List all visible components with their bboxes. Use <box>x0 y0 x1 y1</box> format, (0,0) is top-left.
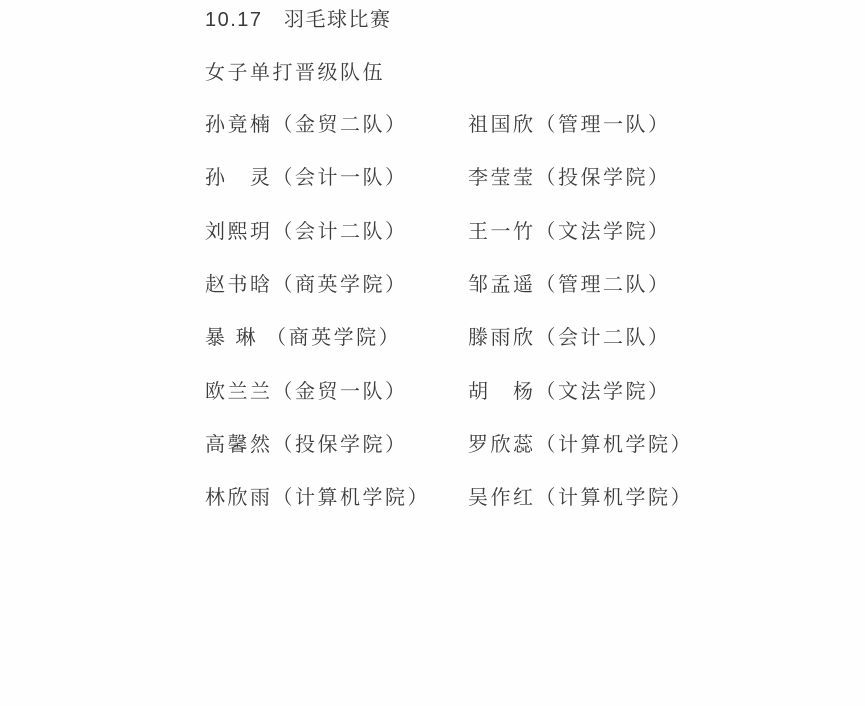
entry-name-left: 孙 灵（会计一队） <box>205 166 408 190</box>
entry-name-left: 孙竟楠（金贸二队） <box>205 113 408 137</box>
entry-row: 欧兰兰（金贸一队） 胡 杨（文法学院） <box>0 380 865 404</box>
entry-name-right: 邹孟遥（管理二队） <box>468 273 671 297</box>
entry-name-left: 暴 琳 （商英学院） <box>205 326 401 350</box>
entry-name-left: 欧兰兰（金贸一队） <box>205 380 408 404</box>
entry-name-right: 李莹莹（投保学院） <box>468 166 671 190</box>
entry-row: 高馨然（投保学院） 罗欣蕊（计算机学院） <box>0 433 865 457</box>
entry-row: 孙竟楠（金贸二队） 祖国欣（管理一队） <box>0 113 865 137</box>
entry-name-left: 高馨然（投保学院） <box>205 433 408 457</box>
document-subtitle: 女子单打晋级队伍 <box>205 61 385 85</box>
entry-name-left: 林欣雨（计算机学院） <box>205 486 430 510</box>
entry-row: 林欣雨（计算机学院） 吴作红（计算机学院） <box>0 486 865 510</box>
document-title: 10.17 羽毛球比赛 <box>205 8 392 32</box>
entry-name-right: 胡 杨（文法学院） <box>468 380 671 404</box>
document-page: 10.17 羽毛球比赛 女子单打晋级队伍 孙竟楠（金贸二队） 祖国欣（管理一队）… <box>0 0 865 706</box>
entry-name-right: 祖国欣（管理一队） <box>468 113 671 137</box>
entry-row: 赵书晗（商英学院） 邹孟遥（管理二队） <box>0 273 865 297</box>
entry-name-left: 刘熙玥（会计二队） <box>205 220 408 244</box>
entry-row: 刘熙玥（会计二队） 王一竹（文法学院） <box>0 220 865 244</box>
entry-name-right: 罗欣蕊（计算机学院） <box>468 433 693 457</box>
entry-row: 孙 灵（会计一队） 李莹莹（投保学院） <box>0 166 865 190</box>
entry-name-right: 滕雨欣（会计二队） <box>468 326 671 350</box>
entry-row: 暴 琳 （商英学院） 滕雨欣（会计二队） <box>0 326 865 350</box>
entry-name-right: 吴作红（计算机学院） <box>468 486 693 510</box>
entry-name-left: 赵书晗（商英学院） <box>205 273 408 297</box>
entry-name-right: 王一竹（文法学院） <box>468 220 671 244</box>
